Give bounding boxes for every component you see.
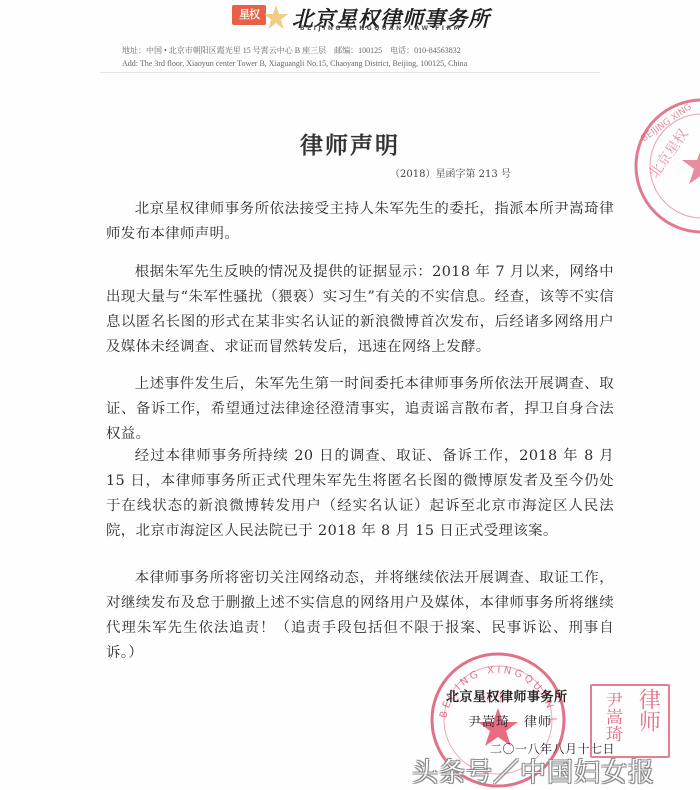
signature-lawyer: 尹嵩琦 律师 [468, 711, 552, 730]
lawyer-seal: 尹嵩琦 律师 [590, 684, 670, 758]
signature-firm: 北京星权律师事务所 [446, 686, 568, 705]
lawyer-seal-name: 尹嵩琦 [594, 691, 630, 748]
address-english: Add: The 3rd floor, Xiaoyun center Tower… [122, 59, 582, 68]
reference-number: （2018）星函字第 213 号 [390, 165, 511, 180]
firm-name-english: BEIJING XINGQUAN LAW FIRM [300, 25, 462, 32]
source-watermark: 头条号／中国妇女报 [412, 752, 655, 789]
paragraph-2: 根据朱军先生反映的情况及提供的证据显示：2018 年 7 月以来，网络中出现大量… [106, 260, 614, 360]
letterhead: 星权 北京星权律师事务所 BEIJING XINGQUAN LAW FIRM [0, 0, 700, 36]
firm-seal-edge: BEIJING XING 北京星权 [632, 96, 700, 236]
address-chinese: 地址：中国 • 北京市朝阳区霞光里 15 号霄云中心 B 座三层 邮编：1001… [122, 45, 582, 56]
star-icon [262, 3, 290, 31]
svg-text:北京星权: 北京星权 [646, 126, 692, 182]
paragraph-4: 经过本律师事务所持续 20 日的调查、取证、备诉工作，2018 年 8 月 15… [106, 444, 614, 544]
document-title: 律师声明 [300, 127, 400, 160]
firm-logo-badge: 星权 [232, 5, 266, 25]
paragraph-3: 上述事件发生后，朱军先生第一时间委托本律师事务所依法开展调查、取证、备诉工作，希… [106, 372, 614, 447]
paragraph-1: 北京星权律师事务所依法接受主持人朱军先生的委托，指派本所尹嵩琦律师发布本律师声明… [106, 197, 614, 247]
paragraph-5: 本律师事务所将密切关注网络动态，并将继续依法开展调查、取证工作，对继续发布及怠于… [106, 566, 614, 666]
header-divider [100, 72, 600, 73]
document-page: 星权 北京星权律师事务所 BEIJING XINGQUAN LAW FIRM 地… [0, 0, 700, 790]
lawyer-seal-title: 律师 [630, 688, 666, 737]
svg-text:BEIJING XING: BEIJING XING [640, 102, 694, 144]
